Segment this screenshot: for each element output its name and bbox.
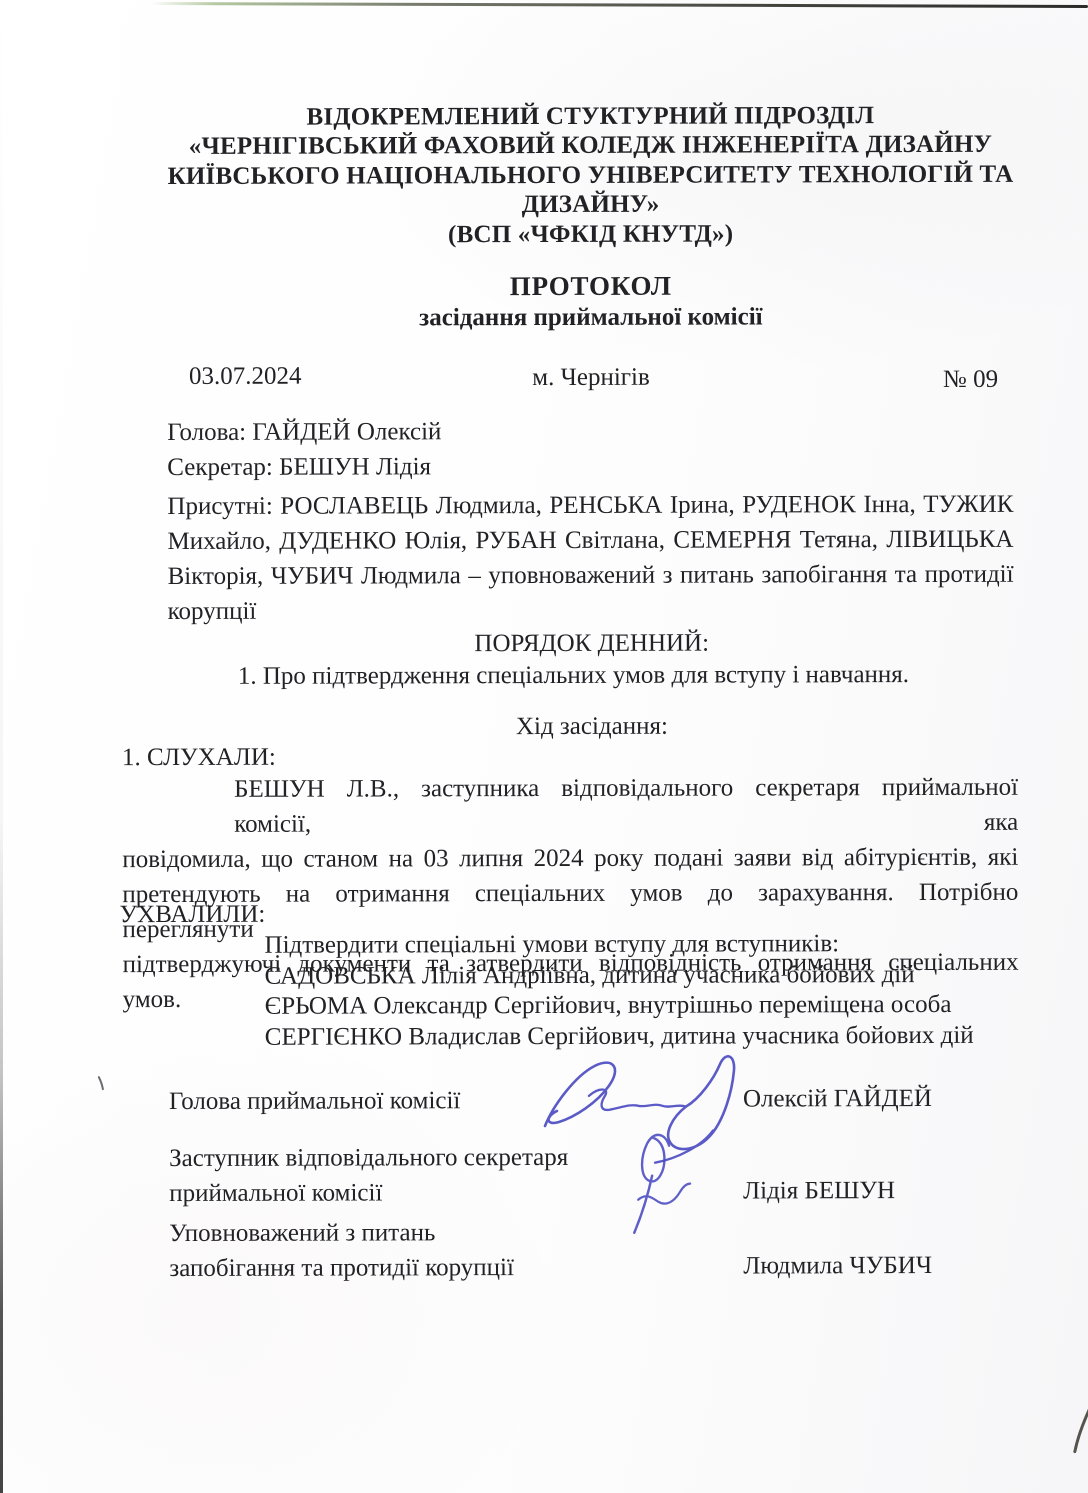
agenda-item-1: 1. Про підтвердження спеціальних умов дл…	[238, 661, 909, 691]
doc-number: № 09	[943, 366, 998, 394]
doc-title: ПРОТОКОЛ	[91, 270, 1088, 304]
signature-role-line: Уповноважений з питань	[169, 1215, 514, 1251]
resolved-line: СЕРГІЄНКО Владислав Сергійович, дитина у…	[265, 1021, 974, 1053]
institution-header: ВІДОКРЕМЛЕНИЙ СТУКТУРНИЙ ПІДРОЗДІЛ «ЧЕРН…	[90, 101, 1088, 251]
listened-heading: 1. СЛУХАЛИ:	[122, 744, 276, 772]
institution-header-line: КИЇВСЬКОГО НАЦІОНАЛЬНОГО УНІВЕРСИТЕТУ ТЕ…	[90, 159, 1088, 191]
document-page: ВІДОКРЕМЛЕНИЙ СТУКТУРНИЙ ПІДРОЗДІЛ «ЧЕРН…	[0, 0, 1088, 1493]
doc-subtitle: засідання приймальної комісії	[91, 303, 1088, 334]
present-line: Вікторія, ЧУБИЧ Людмила – уповноважений …	[168, 557, 1014, 594]
institution-header-line: (ВСП «ЧФКІД КНУТД»)	[91, 218, 1088, 250]
signature-role-line: Голова приймальної комісії	[169, 1083, 461, 1119]
chair-line: Голова: ГАЙДЕЙ Олексій	[167, 418, 441, 447]
secretary-line: Секретар: БЕШУН Лідія	[167, 453, 431, 482]
present-line: корупції	[168, 592, 1014, 629]
signature-ink-chair	[545, 1056, 735, 1163]
resolved-line: ЄРЬОМА Олександр Сергійович, внутрішньо …	[265, 990, 974, 1022]
present-line: Михайло, ДУДЕНКО Юлія, РУБАН Світлана, С…	[167, 522, 1013, 559]
present-paragraph: Присутні: РОСЛАВЕЦЬ Людмила, РЕНСЬКА Іри…	[167, 487, 1013, 629]
document-content: ВІДОКРЕМЛЕНИЙ СТУКТУРНИЙ ПІДРОЗДІЛ «ЧЕРН…	[0, 0, 1088, 1493]
institution-header-line: ВІДОКРЕМЛЕНИЙ СТУКТУРНИЙ ПІДРОЗДІЛ	[90, 101, 1088, 133]
resolved-line: Підтвердити спеціальні умови вступу для …	[264, 929, 973, 961]
signature-name: Лідія БЕШУН	[743, 1177, 895, 1205]
signature-role: Уповноважений з питань запобігання та пр…	[169, 1215, 514, 1286]
signature-role: Заступник відповідального секретаря прий…	[169, 1140, 568, 1211]
institution-header-line: ДИЗАЙНУ»	[91, 189, 1088, 221]
resolved-line: САДОВСЬКА Лілія Андріївна, дитина учасни…	[265, 959, 974, 991]
signature-name: Олексій ГАЙДЕЙ	[743, 1085, 932, 1113]
present-line: Присутні: РОСЛАВЕЦЬ Людмила, РЕНСЬКА Іри…	[167, 487, 1013, 524]
signature-name: Людмила ЧУБИЧ	[743, 1252, 932, 1280]
signature-ink-secretary	[634, 1135, 690, 1233]
signature-role-line: приймальної комісії	[169, 1175, 568, 1211]
session-heading: Хід засідання:	[92, 712, 1088, 743]
listened-line: БЕШУН Л.В., заступника відповідального с…	[122, 770, 1018, 842]
signature-role-line: запобігання та протидії корупції	[169, 1250, 514, 1286]
resolved-heading: УХВАЛИЛИ:	[119, 901, 265, 929]
signature-role: Голова приймальної комісії	[169, 1083, 461, 1119]
scan-artifact-pen-mark	[1075, 1409, 1088, 1452]
listened-line: повідомила, що станом на 03 липня 2024 р…	[122, 840, 1018, 877]
institution-header-line: «ЧЕРНІГІВСЬКИЙ ФАХОВИЙ КОЛЕДЖ ІНЖЕНЕРІЇТ…	[90, 130, 1088, 162]
agenda-heading: ПОРЯДОК ДЕННИЙ:	[92, 629, 1088, 660]
doc-place: м. Чернігів	[91, 363, 1088, 394]
resolved-list: Підтвердити спеціальні умови вступу для …	[264, 929, 973, 1053]
signature-role-line: Заступник відповідального секретаря	[169, 1140, 568, 1176]
